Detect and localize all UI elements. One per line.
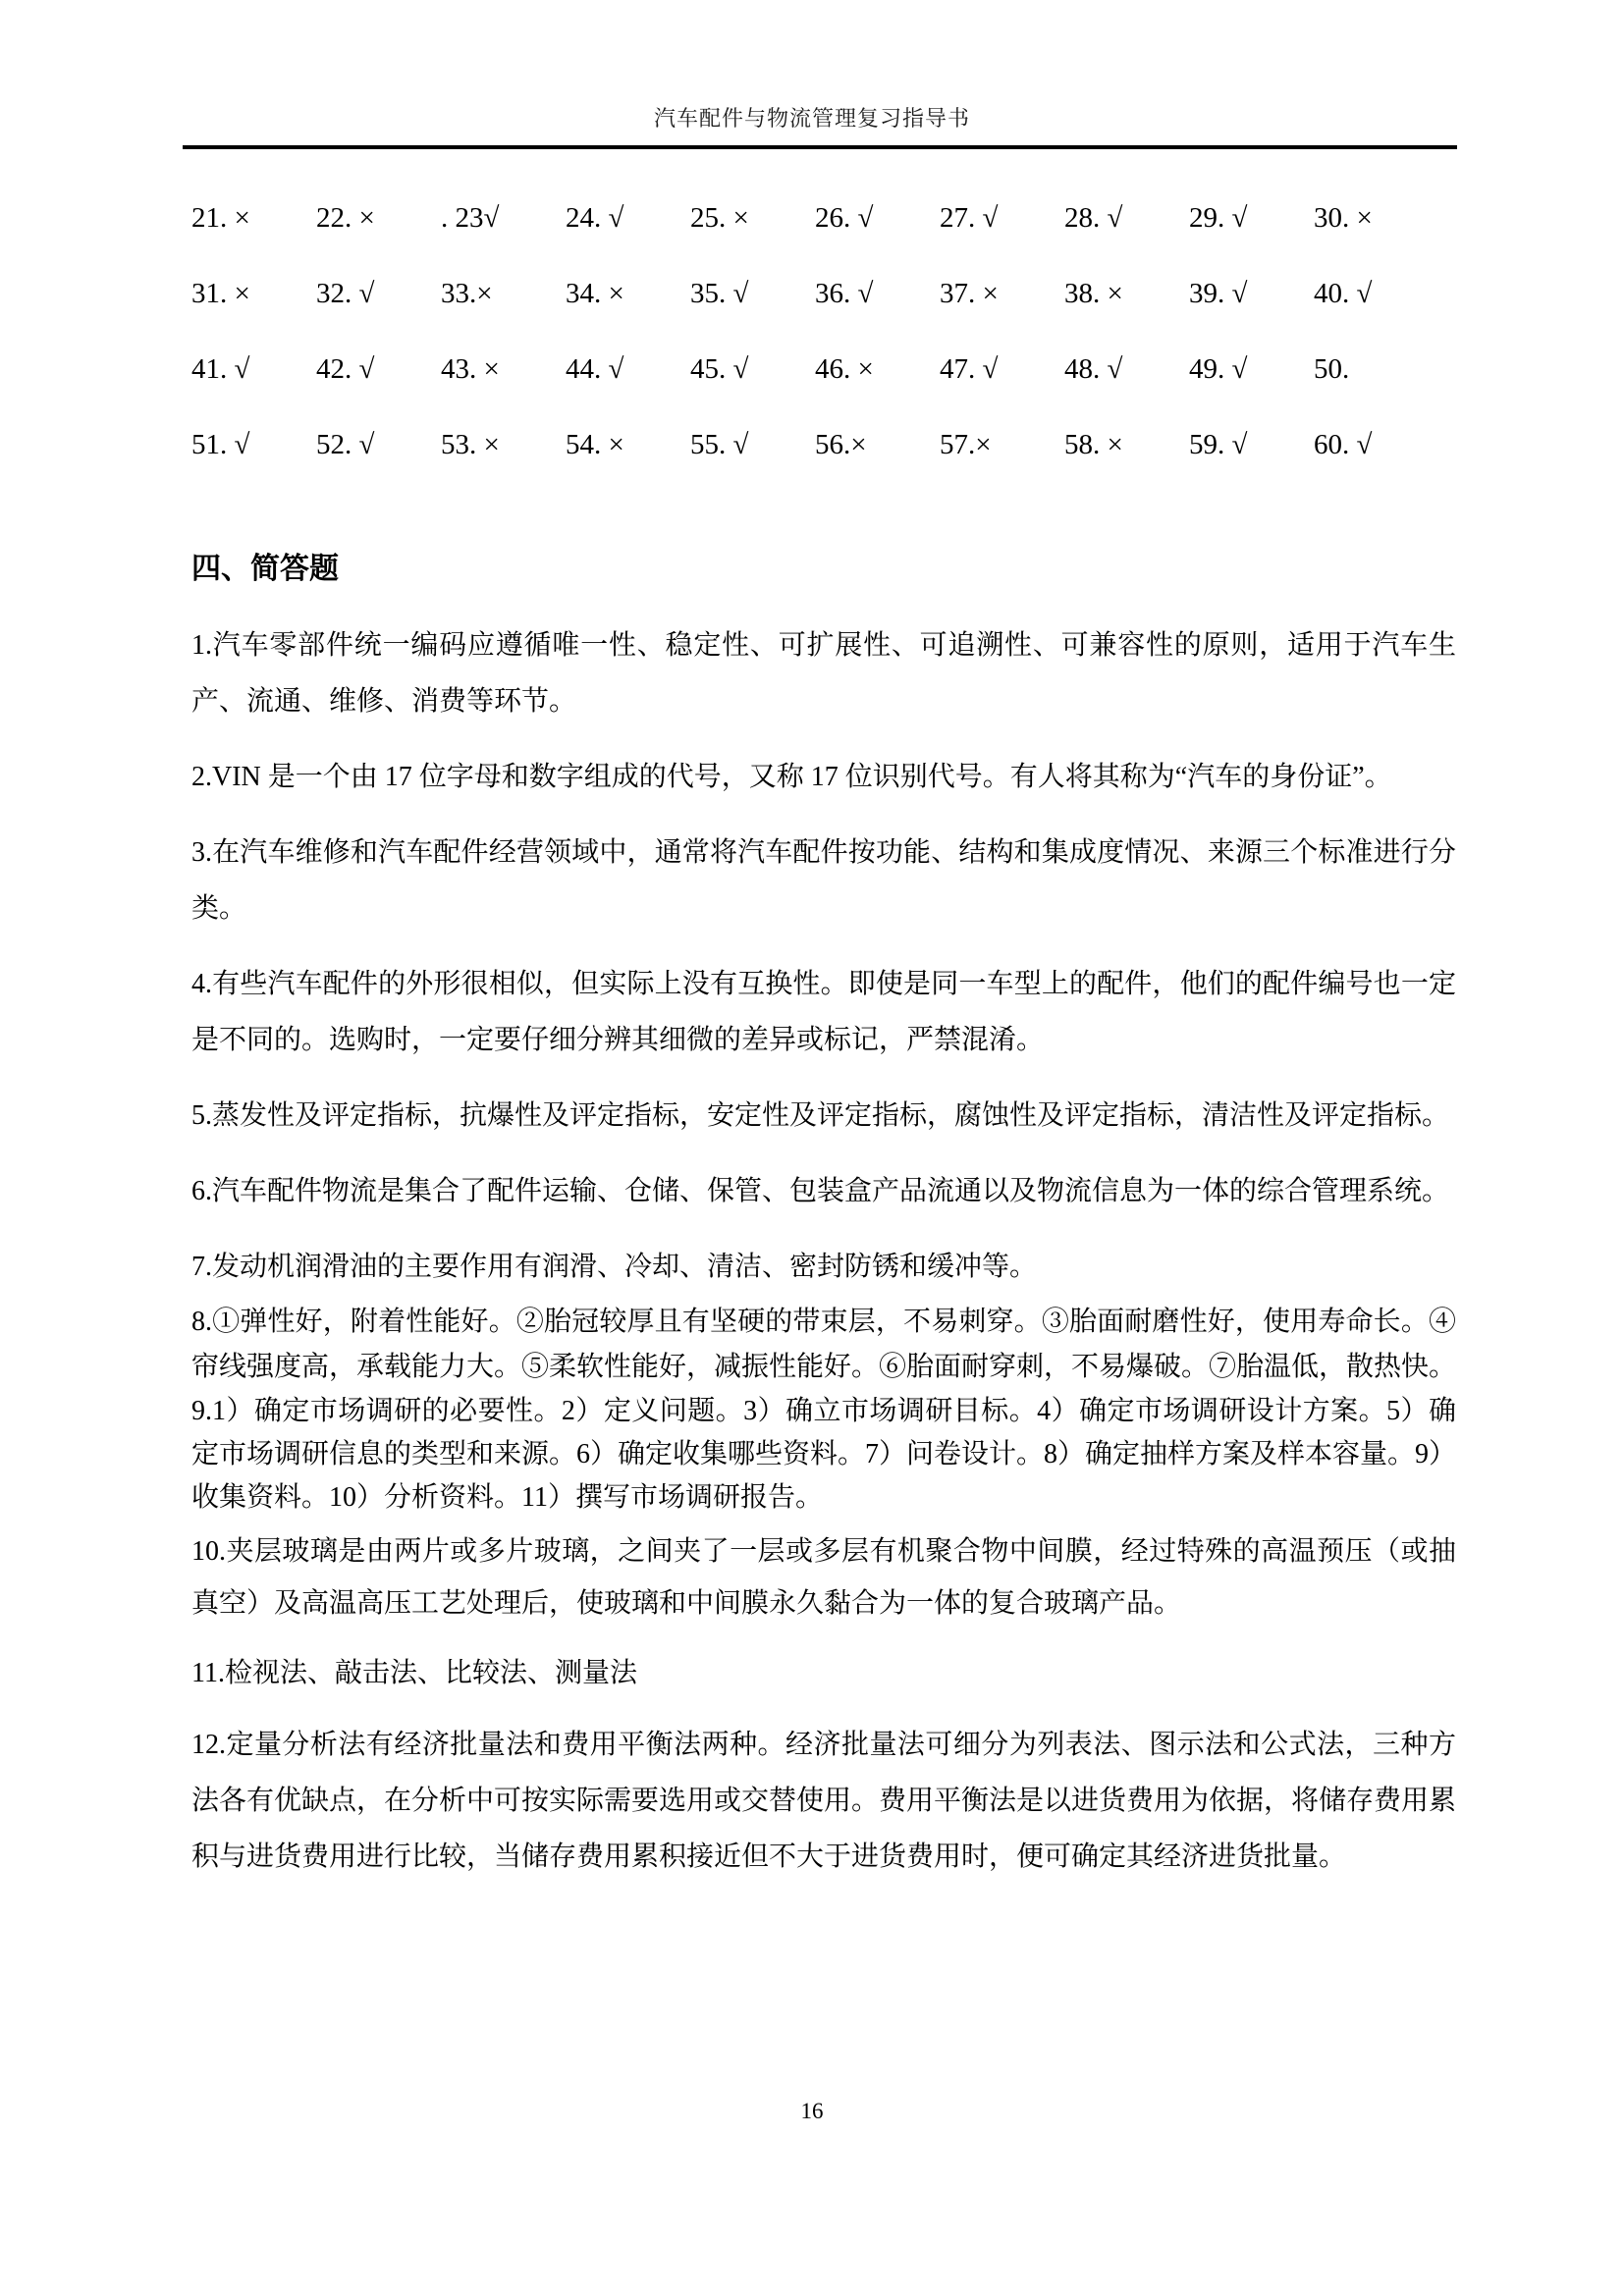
tf-answer: . 23√ (441, 202, 566, 234)
tf-answer: 43. × (441, 353, 566, 385)
tf-answer: 28. √ (1064, 202, 1189, 234)
tf-answer: 52. √ (316, 429, 441, 460)
tf-answer: 45. √ (690, 353, 815, 385)
tf-answer: 59. √ (1189, 429, 1314, 460)
short-answer-item: 9.1）确定市场调研的必要性。2）定义问题。3）确立市场调研目标。4）确定市场调… (191, 1390, 1456, 1520)
tf-answer: 27. √ (940, 202, 1064, 234)
tf-answer: 31. × (191, 278, 316, 309)
tf-answer-row: 41. √42. √43. ×44. √45. √46. ×47. √48. √… (191, 353, 1440, 385)
tf-answer: 37. × (940, 278, 1064, 309)
short-answer-list: 1.汽车零部件统一编码应遵循唯一性、稳定性、可扩展性、可追溯性、可兼容性的原则，… (191, 617, 1456, 1885)
section-heading: 四、简答题 (191, 549, 1624, 590)
tf-answer: 58. × (1064, 429, 1189, 460)
tf-answer: 60. √ (1314, 429, 1438, 460)
tf-answer: 53. × (441, 429, 566, 460)
page-footer: 16 (0, 2099, 1624, 2124)
tf-answer: 40. √ (1314, 278, 1438, 309)
tf-answer-row: 21. ×22. ×. 23√24. √25. ×26. √27. √28. √… (191, 202, 1440, 234)
tf-answer: 57.× (940, 429, 1064, 460)
tf-answer: 34. × (566, 278, 690, 309)
tf-answer: 30. × (1314, 202, 1438, 234)
tf-answer: 48. √ (1064, 353, 1189, 385)
short-answer-item: 3.在汽车维修和汽车配件经营领域中，通常将汽车配件按功能、结构和集成度情况、来源… (191, 825, 1456, 936)
short-answer-item: 10.夹层玻璃是由两片或多片玻璃，之间夹了一层或多层有机聚合物中间膜，经过特殊的… (191, 1525, 1456, 1629)
short-answer-item: 6.汽车配件物流是集合了配件运输、仓储、保管、包装盒产品流通以及物流信息为一体的… (191, 1163, 1456, 1219)
short-answer-item: 11.检视法、敲击法、比较法、测量法 (191, 1645, 1456, 1701)
header-rule (183, 145, 1457, 149)
tf-answer: 50. (1314, 353, 1438, 385)
tf-answer: 47. √ (940, 353, 1064, 385)
tf-answer: 55. √ (690, 429, 815, 460)
tf-answer: 41. √ (191, 353, 316, 385)
tf-answer: 56.× (815, 429, 940, 460)
short-answer-item: 2.VIN 是一个由 17 位字母和数字组成的代号，又称 17 位识别代号。有人… (191, 749, 1456, 805)
short-answer-item: 5.蒸发性及评定指标，抗爆性及评定指标，安定性及评定指标，腐蚀性及评定指标，清洁… (191, 1088, 1456, 1144)
page-number: 16 (801, 2099, 824, 2123)
tf-answer: 44. √ (566, 353, 690, 385)
tf-answer: 35. √ (690, 278, 815, 309)
tf-answer: 42. √ (316, 353, 441, 385)
tf-answer: 26. √ (815, 202, 940, 234)
tf-answer: 36. √ (815, 278, 940, 309)
tf-answer: 39. √ (1189, 278, 1314, 309)
short-answer-item: 7.发动机润滑油的主要作用有润滑、冷却、清洁、密封防锈和缓冲等。 (191, 1239, 1456, 1295)
document-page: 汽车配件与物流管理复习指导书 21. ×22. ×. 23√24. √25. ×… (0, 0, 1624, 2296)
tf-answer: 38. × (1064, 278, 1189, 309)
tf-answer: 46. × (815, 353, 940, 385)
tf-answer: 22. × (316, 202, 441, 234)
tf-answer: 51. √ (191, 429, 316, 460)
document-header: 汽车配件与物流管理复习指导书 (0, 0, 1624, 149)
true-false-answer-grid: 21. ×22. ×. 23√24. √25. ×26. √27. √28. √… (191, 202, 1440, 460)
short-answer-item: 1.汽车零部件统一编码应遵循唯一性、稳定性、可扩展性、可追溯性、可兼容性的原则，… (191, 617, 1456, 729)
tf-answer-row: 51. √52. √53. ×54. ×55. √56.×57.×58. ×59… (191, 429, 1440, 460)
short-answer-item: 4.有些汽车配件的外形很相似，但实际上没有互换性。即使是同一车型上的配件，他们的… (191, 956, 1456, 1068)
tf-answer-row: 31. ×32. √33.×34. ×35. √36. √37. ×38. ×3… (191, 278, 1440, 309)
tf-answer: 25. × (690, 202, 815, 234)
tf-answer: 24. √ (566, 202, 690, 234)
tf-answer: 54. × (566, 429, 690, 460)
short-answer-item: 12.定量分析法有经济批量法和费用平衡法两种。经济批量法可细分为列表法、图示法和… (191, 1717, 1456, 1885)
tf-answer: 32. √ (316, 278, 441, 309)
tf-answer: 21. × (191, 202, 316, 234)
tf-answer: 49. √ (1189, 353, 1314, 385)
tf-answer: 29. √ (1189, 202, 1314, 234)
short-answer-item: 8.①弹性好，附着性能好。②胎冠较厚且有坚硬的带束层，不易刺穿。③胎面耐磨性好，… (191, 1300, 1456, 1390)
tf-answer: 33.× (441, 278, 566, 309)
document-title: 汽车配件与物流管理复习指导书 (0, 102, 1624, 133)
